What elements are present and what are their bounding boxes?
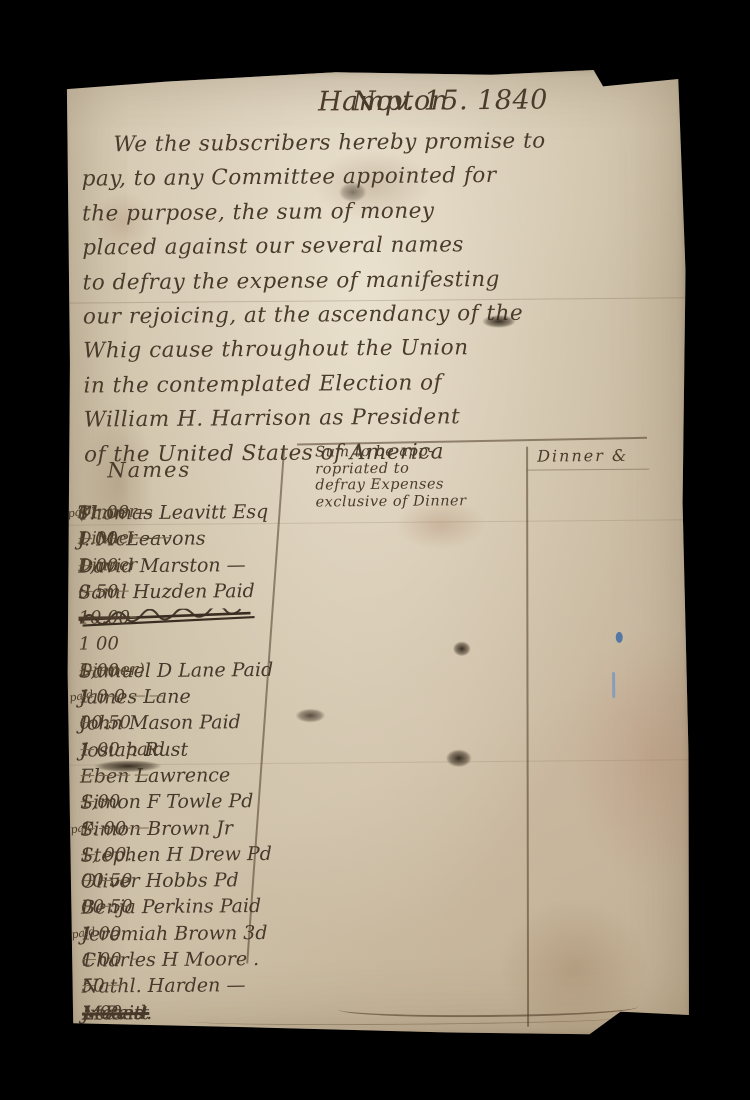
text-line: Whig cause throughout the Union — [83, 334, 676, 374]
amount: 10.00 — [78, 607, 130, 628]
text-line: We the subscribers hereby promise to — [81, 127, 674, 167]
text-line: William H. Harrison as President — [84, 403, 677, 443]
text-line: the purpose, the sum of money — [82, 196, 675, 236]
amount: 00 50 — [81, 870, 133, 891]
text-line: our rejoicing, at the ascendancy of the — [83, 299, 676, 339]
amount: 0 50 — [78, 581, 118, 602]
amount: 1.0 0 — [79, 686, 125, 707]
text-line: to defray the expense of manifesting — [83, 265, 676, 305]
dinner-note: Dinner — [78, 555, 137, 576]
dinner-column-header: Dinner & — [537, 446, 628, 466]
amount: 1 00 — [82, 1002, 122, 1023]
promise-text: We the subscribers hereby promise topay,… — [81, 127, 677, 478]
amount: 50 — [82, 976, 105, 997]
dinner-note: Dinner — [78, 502, 137, 523]
text-line: placed against our several names — [82, 231, 675, 271]
amount: 1 00 paid — [80, 739, 166, 761]
ink-smudge — [339, 182, 367, 202]
ink-blot — [453, 641, 471, 656]
amount: 00.50 — [79, 713, 131, 734]
amount: 1,00 — [80, 792, 120, 813]
amount: 1. 00 — [80, 818, 126, 839]
amount: 1 00 — [81, 949, 121, 970]
ink-smudge — [94, 760, 162, 773]
blue-ink-mark — [612, 672, 615, 698]
blue-ink-spot — [616, 632, 623, 643]
dinner-note: Dinner) — [79, 660, 145, 681]
amount: 1 00 — [79, 634, 119, 655]
amount: 1 00 — [81, 923, 121, 944]
table-rows: paidThomas Leavitt Esq$1.00 —DinnerJ. Mc… — [78, 497, 683, 1032]
names-column-header: Names — [107, 458, 191, 483]
document-paper: HamptonNov. 15. 1840 We the subscribers … — [62, 67, 692, 1040]
date: Nov. 15. 1840 — [352, 84, 548, 117]
amount: 00 50 — [81, 897, 133, 918]
amount: 1, 00. — [81, 844, 133, 865]
photo-of-document: { "meta": { "colors": { "background": "#… — [0, 0, 750, 1100]
dinner-note: Dinner — — [78, 528, 160, 549]
sum-header-line: defray Expenses — [315, 476, 520, 494]
text-line: in the contemplated Election of — [83, 368, 676, 408]
sum-header-line: ropriated to — [315, 459, 520, 477]
text-line: pay, to any Committee appointed for — [82, 162, 675, 202]
sum-header-line: Sum to be app- — [315, 443, 520, 461]
